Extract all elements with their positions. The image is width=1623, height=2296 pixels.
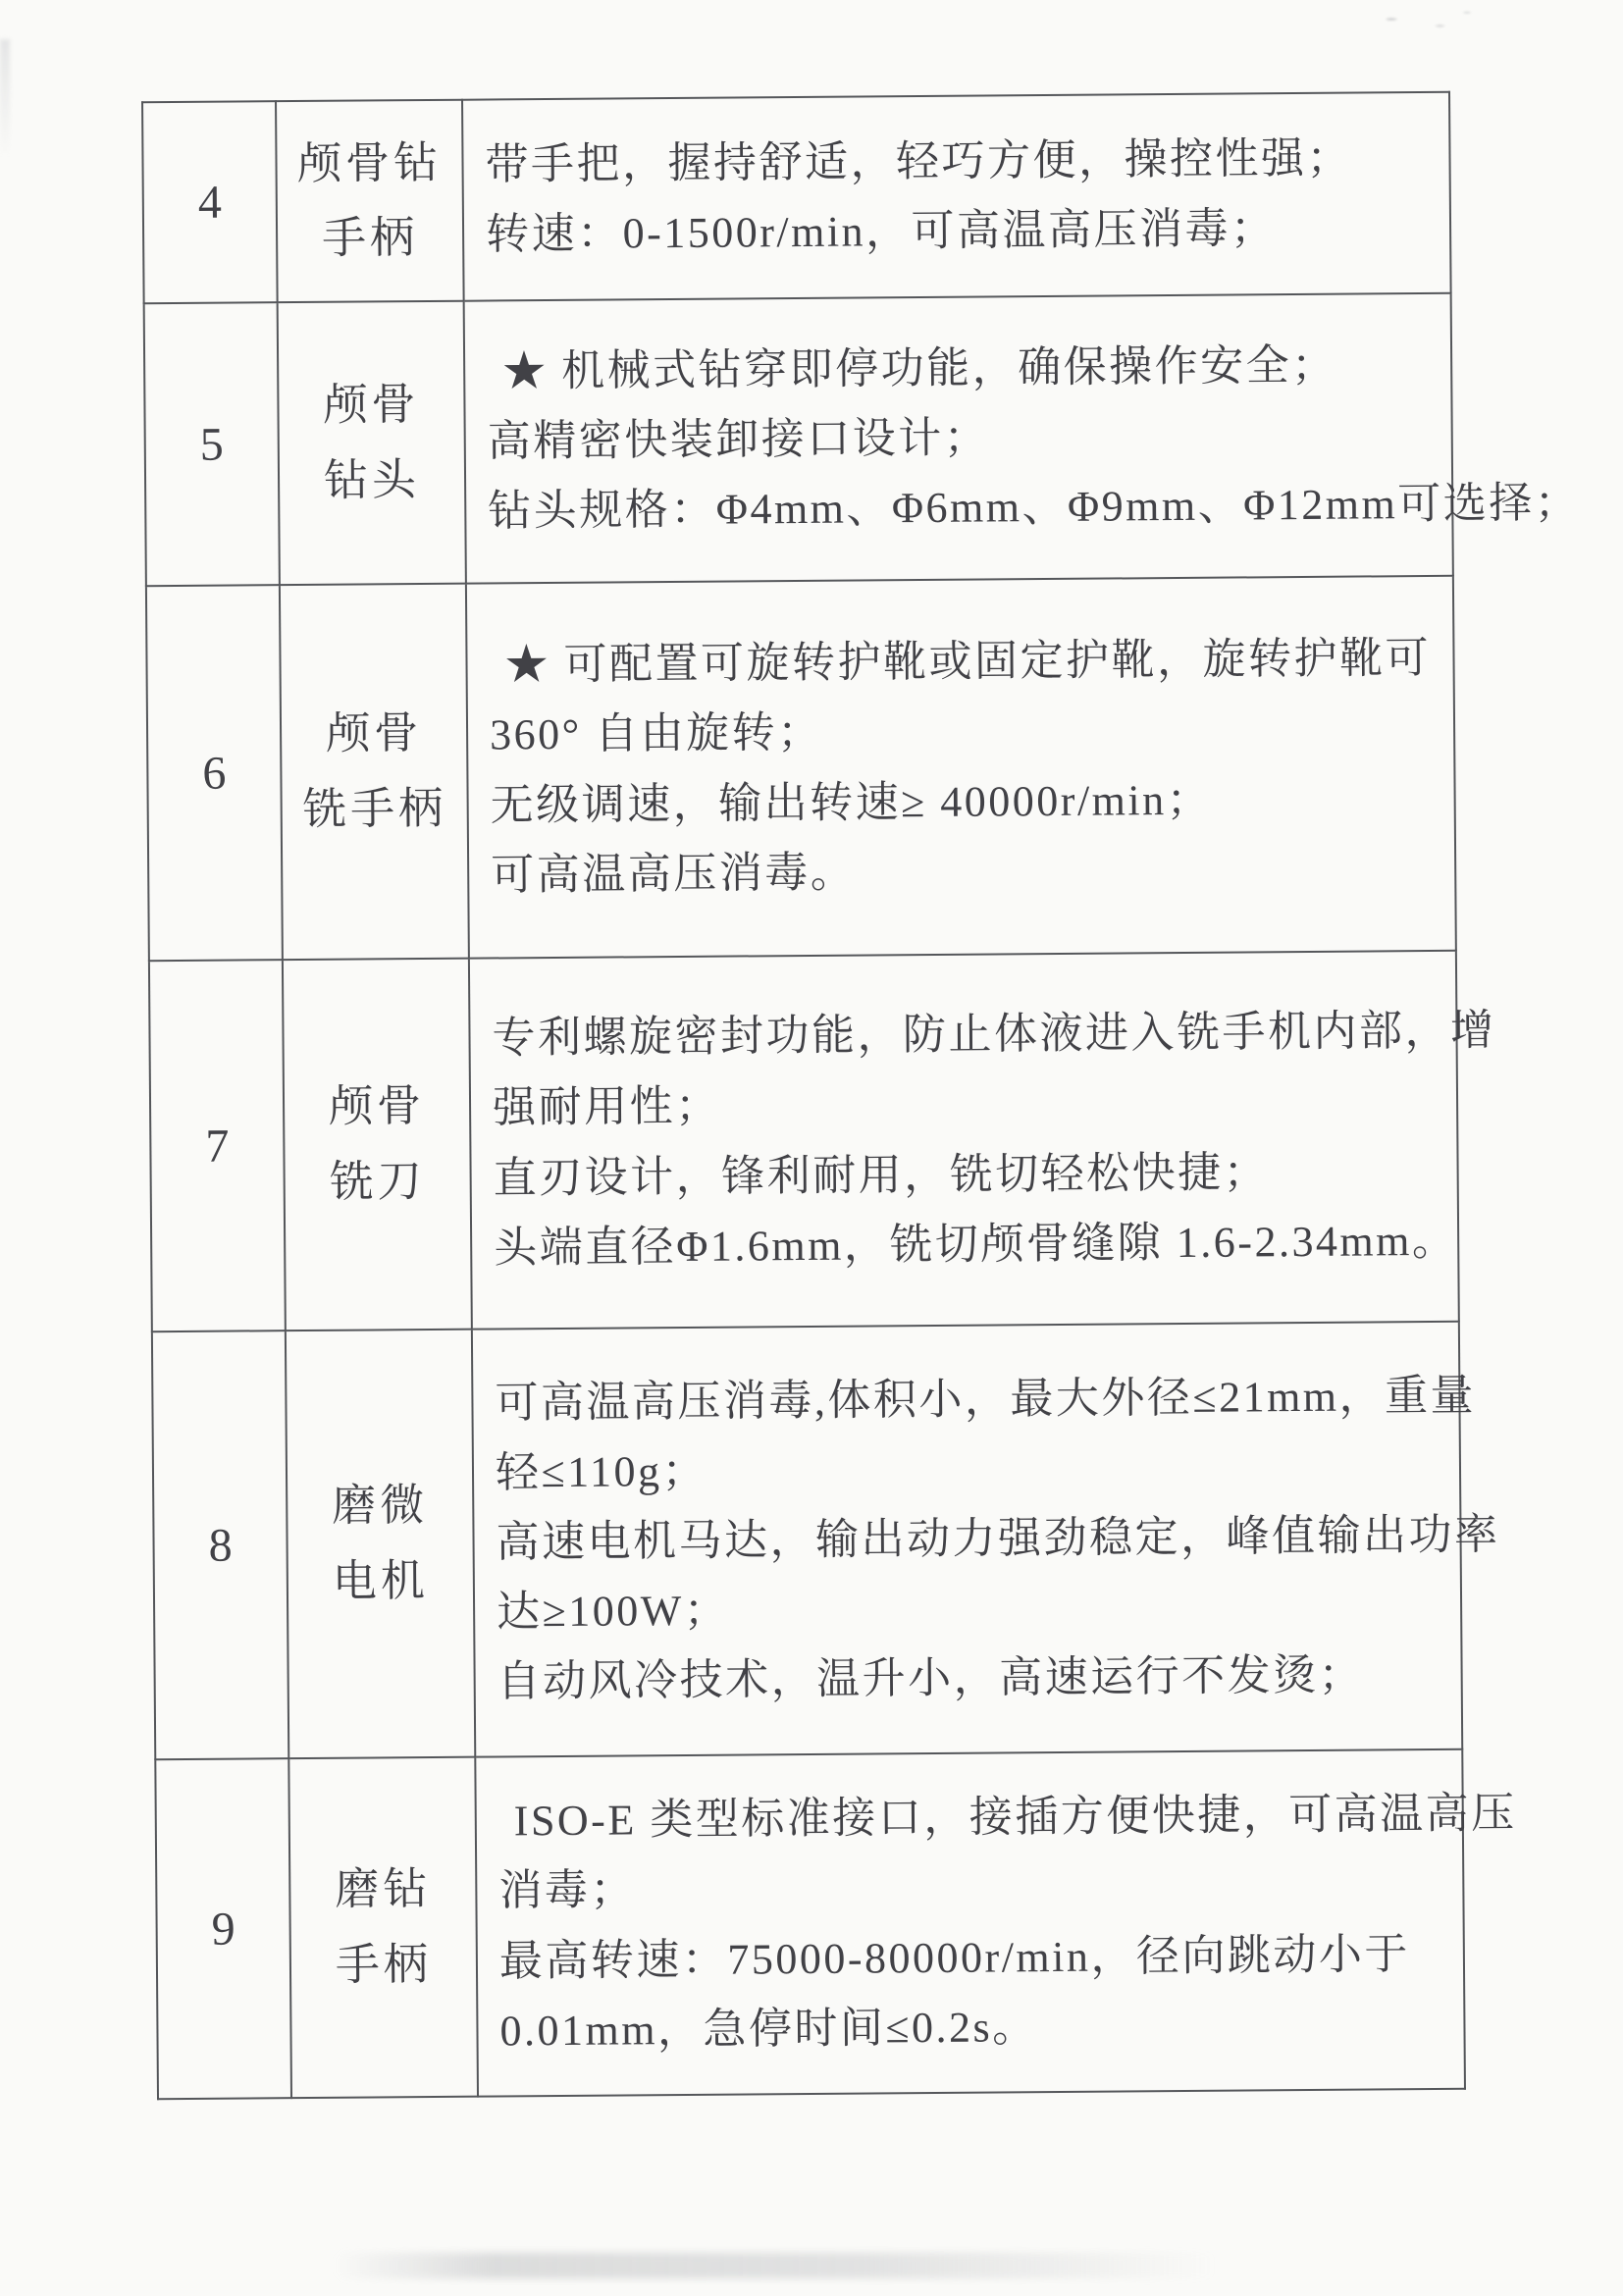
component-name-cell: 颅骨钻 手柄 [276, 100, 464, 302]
spec-cell: ★ 可配置可旋转护靴或固定护靴，旋转护靴可 360° 自由旋转； 无级调速，输出… [466, 576, 1456, 959]
table-row: 9 磨钻 手柄 ISO-E 类型标准接口，接插方便快捷，可高温高压 消毒； 最高… [155, 1749, 1465, 2099]
row-number-cell: 4 [142, 101, 278, 303]
table-row: 4 颅骨钻 手柄 带手把，握持舒适，轻巧方便，操控性强； 转速：0-1500r/… [142, 92, 1451, 303]
row-number-cell: 8 [152, 1331, 288, 1759]
name-line: 颅骨 [280, 381, 462, 431]
name-line: 铣手柄 [284, 784, 466, 834]
spec-line: 0.01mm，急停时间≤0.2s。 [499, 2000, 1438, 2057]
spec-line: 无级调速，输出转速≥ 40000r/min； [490, 773, 1428, 830]
row-number-cell: 9 [155, 1758, 291, 2099]
spec-line: 达≥100W； [497, 1581, 1435, 1638]
component-name-cell: 颅骨 铣手柄 [280, 584, 469, 960]
spec-line: 可高温高压消毒,体积小，最大外径≤21mm，重量 [495, 1372, 1433, 1429]
spec-line: 自动风冷技术，温升小，高速运行不发烫； [497, 1650, 1435, 1707]
table-row: 7 颅骨 铣刀 专利螺旋密封功能，防止体液进入铣手机内部，增 强耐用性； 直刃设… [149, 951, 1459, 1331]
row-number: 9 [211, 1903, 235, 1955]
name-line: 颅骨 [286, 1082, 468, 1132]
spec-line: 直刃设计，锋利耐用，铣切轻松快捷； [493, 1146, 1431, 1203]
spec-line: 钻头规格：Φ4mm、Φ6mm、Φ9mm、Φ12mm可选择； [488, 480, 1426, 537]
spec-line: 最高转速：75000-80000r/min，径向跳动小于 [499, 1929, 1438, 1986]
scan-noise-left-edge [0, 39, 10, 157]
spec-table: 4 颅骨钻 手柄 带手把，握持舒适，轻巧方便，操控性强； 转速：0-1500r/… [141, 91, 1466, 2100]
spec-line: 轻≤110g； [496, 1441, 1434, 1498]
spec-line: 消毒； [498, 1859, 1437, 1916]
component-name-cell: 磨钻 手柄 [288, 1757, 478, 2098]
name-line: 电机 [289, 1556, 472, 1606]
name-line: 颅骨钻 [278, 138, 460, 188]
row-number: 5 [200, 418, 224, 470]
scan-noise-top-right [1370, 6, 1478, 39]
spec-line: 360° 自由旋转； [490, 704, 1428, 760]
spec-cell: ISO-E 类型标准接口，接插方便快捷，可高温高压 消毒； 最高转速：75000… [475, 1749, 1465, 2097]
spec-cell: 专利螺旋密封功能，防止体液进入铣手机内部，增 强耐用性； 直刃设计，锋利耐用，铣… [469, 951, 1459, 1330]
table-row: 5 颅骨 钻头 ★ 机械式钻穿即停功能，确保操作安全； 高精密快装卸接口设计； … [144, 293, 1453, 586]
row-number: 4 [198, 177, 222, 229]
component-name-cell: 磨微 电机 [286, 1330, 475, 1758]
spec-line-starred: ★ 可配置可旋转护靴或固定护靴，旋转护靴可 [489, 634, 1427, 691]
spec-line: 高精密快装卸接口设计； [488, 410, 1426, 467]
spec-line: ISO-E 类型标准接口，接插方便快捷，可高温高压 [498, 1790, 1437, 1847]
spec-line: 专利螺旋密封功能，防止体液进入铣手机内部，增 [492, 1007, 1430, 1064]
spec-line: 强耐用性； [493, 1076, 1431, 1133]
spec-line: 带手把，握持舒适，轻巧方便，操控性强； [485, 133, 1423, 190]
row-number-cell: 6 [146, 585, 283, 961]
spec-line: 转速：0-1500r/min，可高温高压消毒； [486, 203, 1424, 260]
component-name-cell: 颅骨 钻头 [278, 301, 466, 585]
table-row: 6 颅骨 铣手柄 ★ 可配置可旋转护靴或固定护靴，旋转护靴可 360° 自由旋转… [146, 576, 1456, 961]
spec-line: 头端直径Φ1.6mm，铣切颅骨缝隙 1.6-2.34mm。 [494, 1217, 1432, 1274]
name-line: 磨微 [288, 1482, 471, 1532]
name-line: 钻头 [281, 455, 463, 505]
spec-line: 可高温高压消毒。 [491, 844, 1429, 901]
name-line: 手柄 [279, 214, 461, 264]
spec-line: 高速电机马达，输出动力强劲稳定，峰值输出功率 [496, 1511, 1434, 1568]
component-name-cell: 颅骨 铣刀 [283, 959, 472, 1331]
name-line: 铣刀 [286, 1157, 468, 1207]
spec-cell: 带手把，握持舒适，轻巧方便，操控性强； 转速：0-1500r/min，可高温高压… [462, 92, 1451, 301]
row-number-cell: 5 [144, 302, 280, 586]
scan-noise-bottom [334, 2253, 1217, 2278]
document-scan: 4 颅骨钻 手柄 带手把，握持舒适，轻巧方便，操控性强； 转速：0-1500r/… [141, 91, 1466, 2100]
name-line: 磨钻 [291, 1865, 474, 1915]
name-line: 颅骨 [283, 709, 465, 759]
spec-cell: 可高温高压消毒,体积小，最大外径≤21mm，重量 轻≤110g； 高速电机马达，… [472, 1322, 1462, 1757]
row-number: 6 [202, 747, 226, 799]
name-line: 手柄 [292, 1940, 475, 1990]
scanned-page: { "page": { "colors": { "bg": "#fafaf8",… [0, 0, 1623, 2296]
spec-line-starred: ★ 机械式钻穿即停功能，确保操作安全； [487, 340, 1425, 397]
spec-cell: ★ 机械式钻穿即停功能，确保操作安全； 高精密快装卸接口设计； 钻头规格：Φ4m… [464, 293, 1453, 584]
table-row: 8 磨微 电机 可高温高压消毒,体积小，最大外径≤21mm，重量 轻≤110g；… [152, 1322, 1462, 1759]
row-number: 7 [205, 1120, 229, 1172]
row-number-cell: 7 [149, 960, 286, 1331]
row-number: 8 [208, 1519, 232, 1571]
